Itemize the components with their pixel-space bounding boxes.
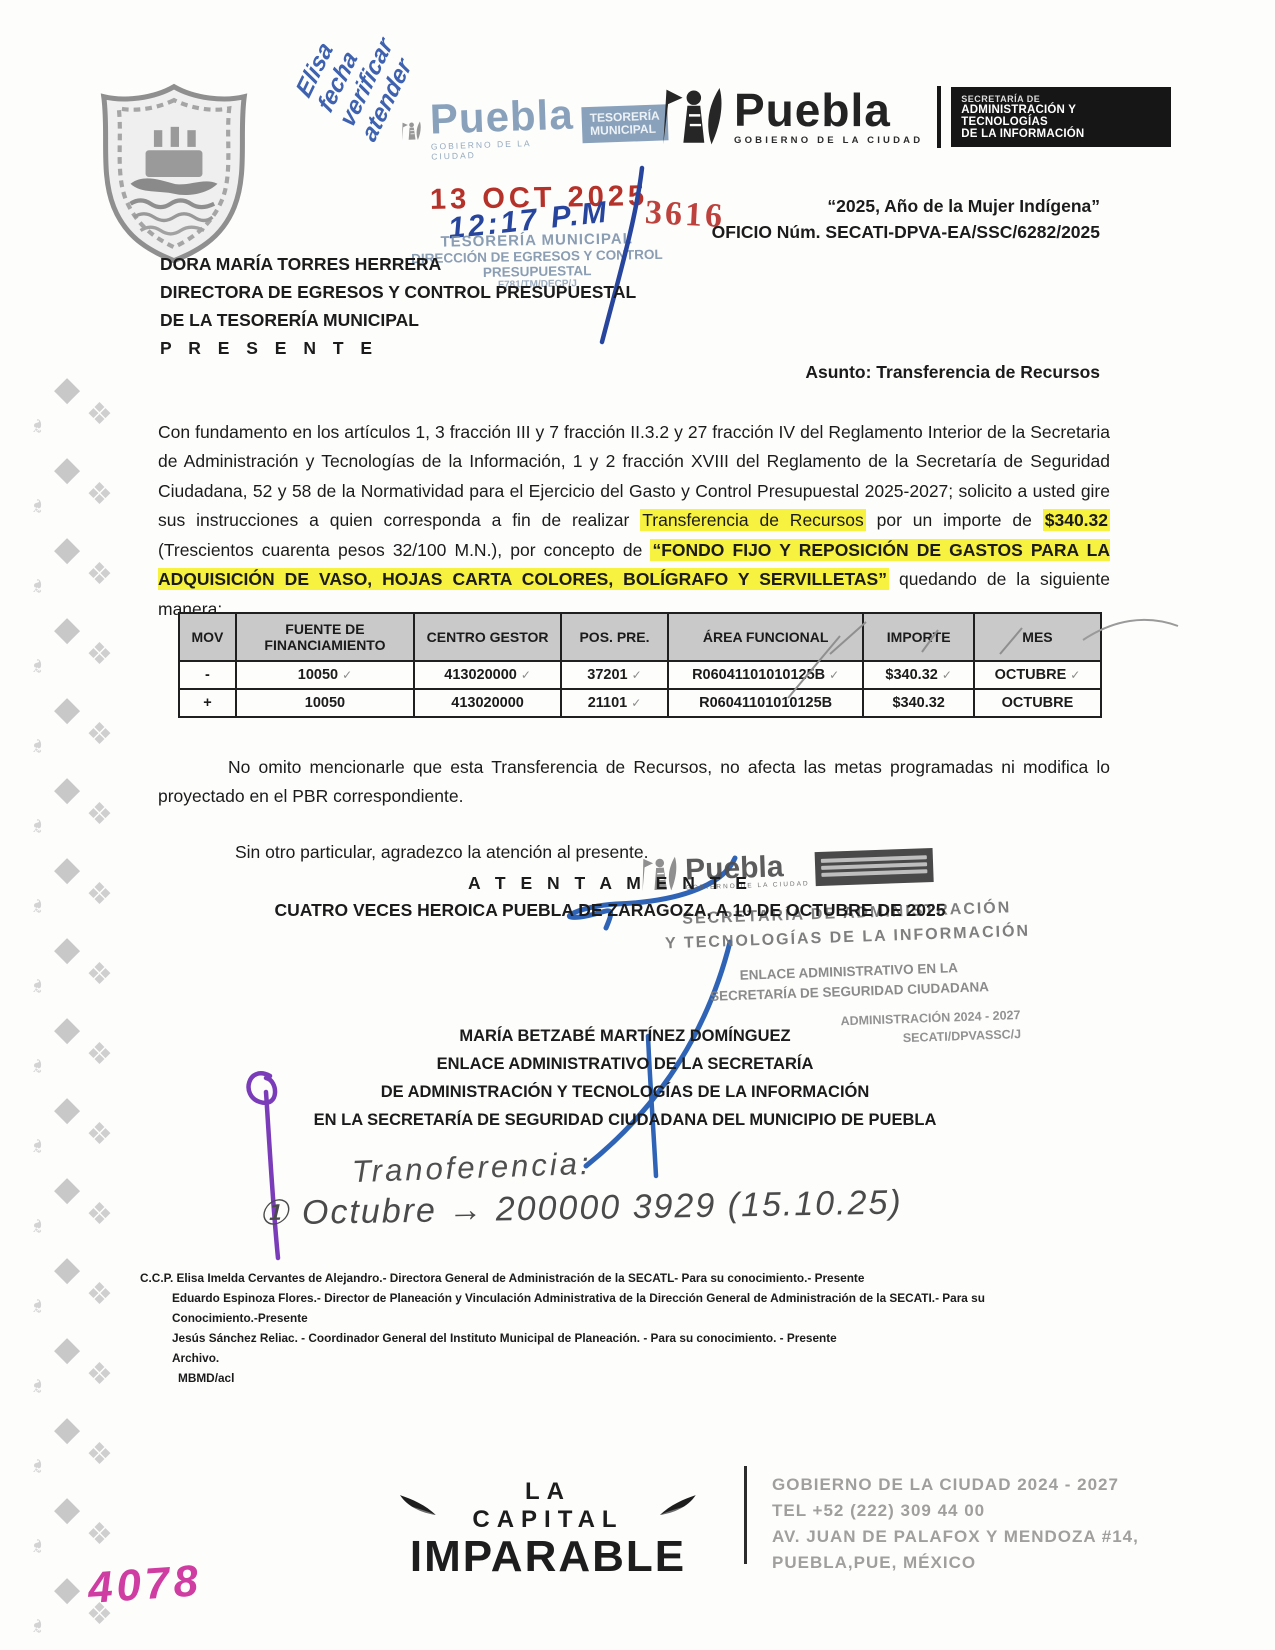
addressee-presente: P R E S E N T E xyxy=(160,334,636,362)
addressee-title: DIRECTORA DE EGRESOS Y CONTROL PRESUPUES… xyxy=(160,278,636,306)
ccp-block: C.C.P. Elisa Imelda Cervantes de Alejand… xyxy=(140,1268,1040,1388)
signer-title-3: EN LA SECRETARÍA DE SEGURIDAD CIUDADANA … xyxy=(230,1106,1020,1134)
footer-phone: TEL +52 (222) 309 44 00 xyxy=(772,1498,1139,1524)
secretaria-banner: SECRETARÍA DE ADMINISTRACIÓN Y TECNOLOGÍ… xyxy=(951,87,1171,147)
signer-name: MARÍA BETZABÉ MARTÍNEZ DOMÍNGUEZ xyxy=(230,1022,1020,1050)
signer-title-1: ENLACE ADMINISTRATIVO DE LA SECRETARÍA xyxy=(230,1050,1020,1078)
pencil-checkmark: ✓ xyxy=(1070,668,1080,682)
signer-title-2: DE ADMINISTRACIÓN Y TECNOLOGÍAS DE LA IN… xyxy=(230,1078,1020,1106)
pencil-checkmark: ✓ xyxy=(342,668,352,682)
footer-address-1: AV. JUAN DE PALAFOX Y MENDOZA #14, xyxy=(772,1524,1139,1550)
pencil-checkmark: ✓ xyxy=(829,668,839,682)
pencil-checkmark: ✓ xyxy=(631,696,641,710)
ccp-line: Conocimiento.-Presente xyxy=(140,1308,1040,1328)
pencil-checkmark: ✓ xyxy=(521,668,531,682)
stamp-brand: Puebla xyxy=(429,95,574,140)
ccp-line: C.C.P. Elisa Imelda Cervantes de Alejand… xyxy=(140,1268,1040,1288)
talavera-border-pattern: ◆❖❧◆❖❧◆❖❧◆❖❧◆❖❧◆❖❧◆❖❧◆❖❧◆❖❧◆❖❧◆❖❧◆❖❧◆❖❧◆… xyxy=(28,372,138,1650)
table-row: - 10050✓ 413020000✓ 37201✓ R060411010101… xyxy=(179,661,1101,689)
highlight-amount: $340.32 xyxy=(1043,509,1110,531)
oficio-number: OFICIO Núm. SECATI-DPVA-EA/SSC/6282/2025 xyxy=(540,222,1100,243)
ccp-line: Jesús Sánchez Reliac. - Coordinador Gene… xyxy=(140,1328,1040,1348)
table-row: + 10050 413020000 21101✓ R06041101010125… xyxy=(179,689,1101,717)
tesoreria-municipal-stamp: Puebla GOBIERNO DE LA CIUDAD TESORERÍA M… xyxy=(397,91,669,162)
footer-divider xyxy=(744,1466,747,1564)
wing-right-icon xyxy=(658,1493,698,1519)
wing-left-icon xyxy=(398,1493,438,1519)
signer-block: MARÍA BETZABÉ MARTÍNEZ DOMÍNGUEZ ENLACE … xyxy=(230,1022,1020,1134)
ccp-initials: MBMD/acl xyxy=(140,1368,1040,1388)
handwritten-page-number: 4078 xyxy=(86,1556,203,1614)
addressee-dept: DE LA TESORERÍA MUNICIPAL xyxy=(160,306,636,334)
body-paragraph-2: No omito mencionarle que esta Transferen… xyxy=(158,753,1110,812)
scanned-official-letter: ◆❖❧◆❖❧◆❖❧◆❖❧◆❖❧◆❖❧◆❖❧◆❖❧◆❖❧◆❖❧◆❖❧◆❖❧◆❖❧◆… xyxy=(0,0,1275,1650)
addressee-name: DORA MARÍA TORRES HERRERA xyxy=(160,250,636,278)
footer-government-line: GOBIERNO DE LA CIUDAD 2024 - 2027 xyxy=(772,1472,1139,1498)
table-header-row: MOV FUENTE DE FINANCIAMIENTO CENTRO GEST… xyxy=(179,613,1101,661)
logo-divider xyxy=(937,86,941,148)
footer-contact-block: GOBIERNO DE LA CIUDAD 2024 - 2027 TEL +5… xyxy=(772,1472,1139,1576)
pencil-checkmark: ✓ xyxy=(942,668,952,682)
logo-brand: Puebla xyxy=(734,88,923,132)
subject-line: Asunto: Transferencia de Recursos xyxy=(500,362,1100,383)
place-date-line: CUATRO VECES HEROICA PUEBLA DE ZARAGOZA,… xyxy=(160,900,1060,921)
body-paragraph-3: Sin otro particular, agradezco la atenci… xyxy=(235,842,648,863)
pencil-checkmark: ✓ xyxy=(632,668,642,682)
stamp-tagline: GOBIERNO DE LA CIUDAD xyxy=(431,137,575,162)
city-crest-seal xyxy=(88,80,260,264)
atentamente-line: A T E N T A M E N T E xyxy=(260,873,960,894)
transfer-table: MOV FUENTE DE FINANCIAMIENTO CENTRO GEST… xyxy=(178,612,1102,718)
year-quote: “2025, Año de la Mujer Indígena” xyxy=(540,196,1100,217)
body-paragraph-1: Con fundamento en los artículos 1, 3 fra… xyxy=(158,418,1110,625)
handwritten-transfer-title: Tranoferencia: xyxy=(351,1146,592,1190)
puebla-government-logo: Puebla GOBIERNO DE LA CIUDAD SECRETARÍA … xyxy=(652,84,1171,150)
la-capital-imparable-logo: LA CAPITAL IMPARABLE xyxy=(398,1478,698,1578)
ccp-line: Eduardo Espinoza Flores.- Director de Pl… xyxy=(140,1288,1040,1308)
addressee-block: DORA MARÍA TORRES HERRERA DIRECTORA DE E… xyxy=(160,250,636,362)
talavera-icons xyxy=(652,84,726,150)
ccp-line: Archivo. xyxy=(140,1348,1040,1368)
highlight-transferencia: Transferencia de Recursos xyxy=(640,509,866,531)
footer-address-2: PUEBLA,PUE, MÉXICO xyxy=(772,1550,1139,1576)
logo-tagline: GOBIERNO DE LA CIUDAD xyxy=(734,135,923,146)
